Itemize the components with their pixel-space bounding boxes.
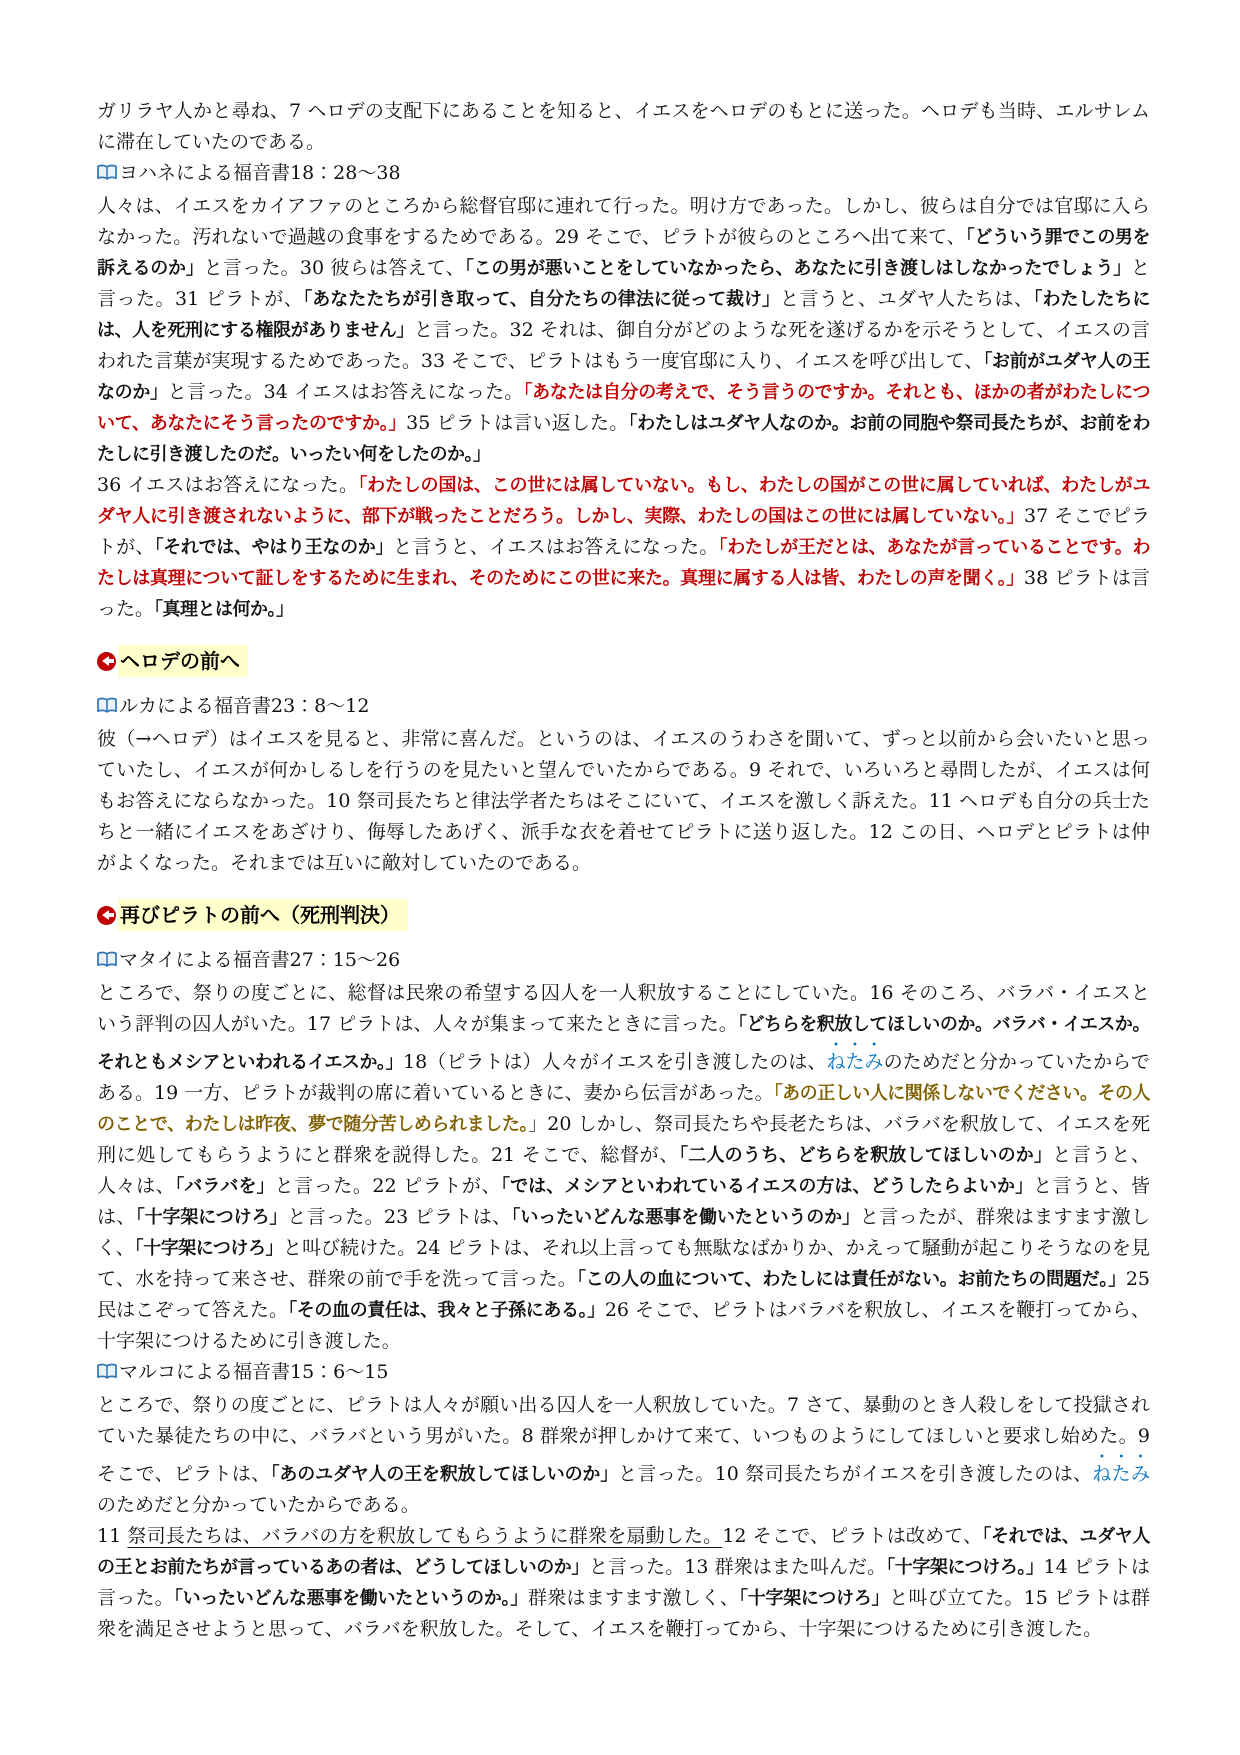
body-paragraph: ところで、祭りの度ごとに、ピラトは人々が願い出る囚人を一人釈放していた。7 さて… bbox=[97, 1390, 1150, 1521]
text-run-bold: 「バラバを」 bbox=[175, 1176, 274, 1197]
document-page: ガリラヤ人かと尋ね、7 ヘロデの支配下にあることを知ると、イエスをヘロデのもとに… bbox=[0, 0, 1240, 1755]
open-book-icon bbox=[97, 1359, 117, 1390]
scripture-reference-text: ヨハネによる福音書18：28〜38 bbox=[119, 162, 401, 184]
open-book-icon bbox=[97, 693, 117, 724]
text-run-regular: と言った。22 ピラトが、 bbox=[275, 1175, 501, 1197]
text-run-bold: 「真理とは何か。」 bbox=[154, 599, 294, 620]
text-run-regular: と言った。10 祭司長たちがイエスを引き渡したのは、 bbox=[618, 1463, 1092, 1485]
open-book-icon bbox=[97, 947, 117, 978]
scripture-reference: ルカによる福音書23：8〜12 bbox=[97, 691, 1150, 724]
text-run-bold: 「この人の血について、わたしには責任がない。お前たちの問題だ。」 bbox=[577, 1269, 1126, 1290]
text-run-regular: 36 イエスはお答えになった。 bbox=[97, 474, 358, 496]
text-run-regular: と言った。13 群衆はまた叫んだ。 bbox=[589, 1556, 886, 1578]
text-run-bold: 「その血の責任は、我々と子孫にある。」 bbox=[288, 1300, 605, 1321]
text-run-bold: 「では、メシアといわれているイエスの方は、どうしたらよいか」 bbox=[501, 1176, 1033, 1197]
open-book-icon bbox=[97, 160, 117, 191]
document-content: ガリラヤ人かと尋ね、7 ヘロデの支配下にあることを知ると、イエスをヘロデのもとに… bbox=[97, 96, 1150, 1645]
text-run-regular: と言った。30 彼らは答えて、 bbox=[204, 257, 465, 279]
scripture-reference-text: マルコによる福音書15：6〜15 bbox=[119, 1361, 388, 1383]
text-run-regular: のためだと分かっていたからである。 bbox=[97, 1494, 420, 1516]
text-run-bold: 「いったいどんな悪事を働いたというのか。」 bbox=[174, 1588, 528, 1609]
text-run-regular: と言った。23 ピラトは、 bbox=[287, 1206, 511, 1228]
text-run-blue-emphasis: ねたみ bbox=[1092, 1463, 1150, 1485]
text-run-regular: と言うと、ユダヤ人たちは、 bbox=[780, 288, 1034, 310]
red-arrow-bullet-icon bbox=[97, 906, 116, 925]
red-arrow-bullet-icon bbox=[97, 652, 116, 671]
scripture-reference: ヨハネによる福音書18：28〜38 bbox=[97, 158, 1150, 191]
text-run-regular: と言った。34 イエスはお答えになった。 bbox=[168, 381, 524, 403]
text-run-regular: 12 そこで、ピラトは改めて、 bbox=[722, 1525, 982, 1547]
text-run-bold: 「十字架につけろ」 bbox=[136, 1207, 287, 1228]
body-paragraph: 36 イエスはお答えになった。「わたしの国は、この世には属していない。もし、わた… bbox=[97, 470, 1150, 625]
scripture-reference-text: ルカによる福音書23：8〜12 bbox=[119, 695, 369, 717]
text-run-regular: 群衆はますます激しく、 bbox=[528, 1587, 739, 1609]
section-heading: 再びピラトの前へ（死刑判決） bbox=[97, 899, 1150, 931]
text-run-regular: 35 ピラトは言い返した。 bbox=[406, 412, 628, 434]
text-run-regular: 11 bbox=[97, 1525, 127, 1547]
text-run-blue-emphasis: ねたみ bbox=[826, 1051, 883, 1073]
text-run-regular: 18（ピラトは）人々がイエスを引き渡したのは、 bbox=[403, 1051, 826, 1073]
body-paragraph: ところで、祭りの度ごとに、総督は民衆の希望する囚人を一人釈放することにしていた。… bbox=[97, 978, 1150, 1357]
body-paragraph: 人々は、イエスをカイアファのところから総督官邸に連れて行った。明け方であった。し… bbox=[97, 191, 1150, 470]
body-paragraph: ガリラヤ人かと尋ね、7 ヘロデの支配下にあることを知ると、イエスをヘロデのもとに… bbox=[97, 96, 1150, 158]
text-run-bold: 「それでは、やはり王なのか」 bbox=[155, 537, 394, 558]
text-run-bold: 「十字架につけろ」 bbox=[739, 1588, 889, 1609]
text-run-regular: ガリラヤ人かと尋ね、7 ヘロデの支配下にあることを知ると、イエスをヘロデのもとに… bbox=[97, 100, 1150, 153]
text-run-underline: 祭司長たちは、バラバの方を釈放してもらうように群衆を扇動した。 bbox=[127, 1525, 722, 1547]
text-run-bold: 「いったいどんな悪事を働いたというのか」 bbox=[511, 1207, 859, 1228]
text-run-regular: 彼（→ヘロデ）はイエスを見ると、非常に喜んだ。というのは、イエスのうわさを聞いて… bbox=[97, 728, 1150, 874]
text-run-bold: 「十字架につけろ。」 bbox=[886, 1557, 1043, 1578]
text-run-bold: 「この男が悪いことをしていなかったら、あなたに引き渡しはしなかったでしょう」 bbox=[465, 258, 1131, 279]
text-run-bold: 「二人のうち、どちらを釈放してほしいのか」 bbox=[679, 1145, 1052, 1166]
text-run-bold: 「十字架につけろ」 bbox=[135, 1238, 283, 1259]
section-heading-text: ヘロデの前へ bbox=[118, 645, 248, 677]
section-heading: ヘロデの前へ bbox=[97, 645, 1150, 677]
text-run-bold: 「あのユダヤ人の王を釈放してほしいのか」 bbox=[271, 1464, 619, 1485]
text-run-regular: と言うと、イエスはお答えになった。 bbox=[393, 536, 718, 558]
scripture-reference-text: マタイによる福音書27：15〜26 bbox=[119, 949, 400, 971]
body-paragraph: 11 祭司長たちは、バラバの方を釈放してもらうように群衆を扇動した。12 そこで… bbox=[97, 1521, 1150, 1645]
text-run-bold: 「あなたたちが引き取って、自分たちの律法に従って裁け」 bbox=[303, 289, 780, 310]
scripture-reference: マタイによる福音書27：15〜26 bbox=[97, 945, 1150, 978]
body-paragraph: 彼（→ヘロデ）はイエスを見ると、非常に喜んだ。というのは、イエスのうわさを聞いて… bbox=[97, 724, 1150, 879]
section-heading-text: 再びピラトの前へ（死刑判決） bbox=[118, 899, 408, 931]
scripture-reference: マルコによる福音書15：6〜15 bbox=[97, 1357, 1150, 1390]
